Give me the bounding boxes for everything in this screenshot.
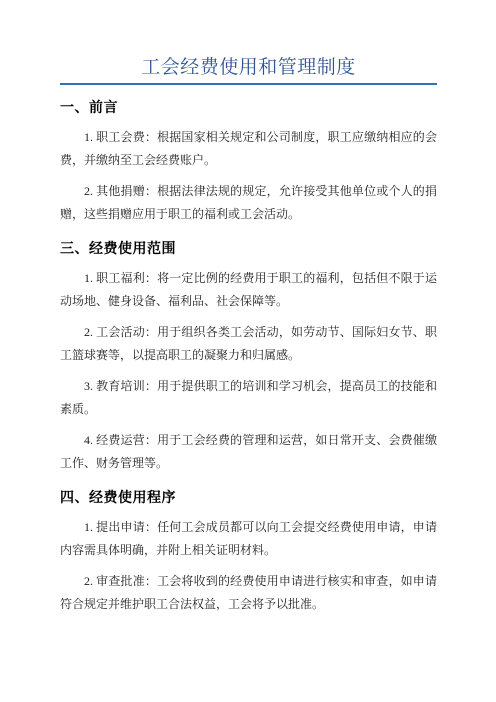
section-heading-usage-procedure: 四、经费使用程序 bbox=[60, 487, 437, 510]
paragraph-other-donations: 2. 其他捐赠：根据法律法规的规定，允许接受其他单位或个人的捐赠，这些捐赠应用于… bbox=[60, 180, 437, 226]
paragraph-fund-operation: 4. 经费运营：用于工会经费的管理和运营，如日常开支、会费催缴工作、财务管理等。 bbox=[60, 429, 437, 475]
section-usage-scope: 三、经费使用范围 1. 职工福利：将一定比例的经费用于职工的福利，包括但不限于运… bbox=[60, 238, 437, 475]
section-heading-usage-scope: 三、经费使用范围 bbox=[60, 238, 437, 261]
paragraph-submit-application: 1. 提出申请：任何工会成员都可以向工会提交经费使用申请，申请内容需具体明确，并… bbox=[60, 516, 437, 562]
document-page: 工会经费使用和管理制度 一、前言 1. 职工会费：根据国家相关规定和公司制度，职… bbox=[0, 0, 496, 702]
paragraph-employee-welfare: 1. 职工福利：将一定比例的经费用于职工的福利，包括但不限于运动场地、健身设备、… bbox=[60, 267, 437, 313]
paragraph-review-approval: 2. 审查批准：工会将收到的经费使用申请进行核实和审查，如申请符合规定并维护职工… bbox=[60, 570, 437, 616]
paragraph-education-training: 3. 教育培训：用于提供职工的培训和学习机会，提高员工的技能和素质。 bbox=[60, 375, 437, 421]
section-foreword: 一、前言 1. 职工会费：根据国家相关规定和公司制度，职工应缴纳相应的会费，并缴… bbox=[60, 97, 437, 226]
document-content: 工会经费使用和管理制度 一、前言 1. 职工会费：根据国家相关规定和公司制度，职… bbox=[0, 0, 496, 616]
paragraph-member-dues: 1. 职工会费：根据国家相关规定和公司制度，职工应缴纳相应的会费，并缴纳至工会经… bbox=[60, 126, 437, 172]
document-title: 工会经费使用和管理制度 bbox=[60, 57, 437, 85]
section-usage-procedure: 四、经费使用程序 1. 提出申请：任何工会成员都可以向工会提交经费使用申请，申请… bbox=[60, 487, 437, 616]
paragraph-union-activities: 2. 工会活动：用于组织各类工会活动，如劳动节、国际妇女节、职工篮球赛等，以提高… bbox=[60, 321, 437, 367]
section-heading-foreword: 一、前言 bbox=[60, 97, 437, 120]
